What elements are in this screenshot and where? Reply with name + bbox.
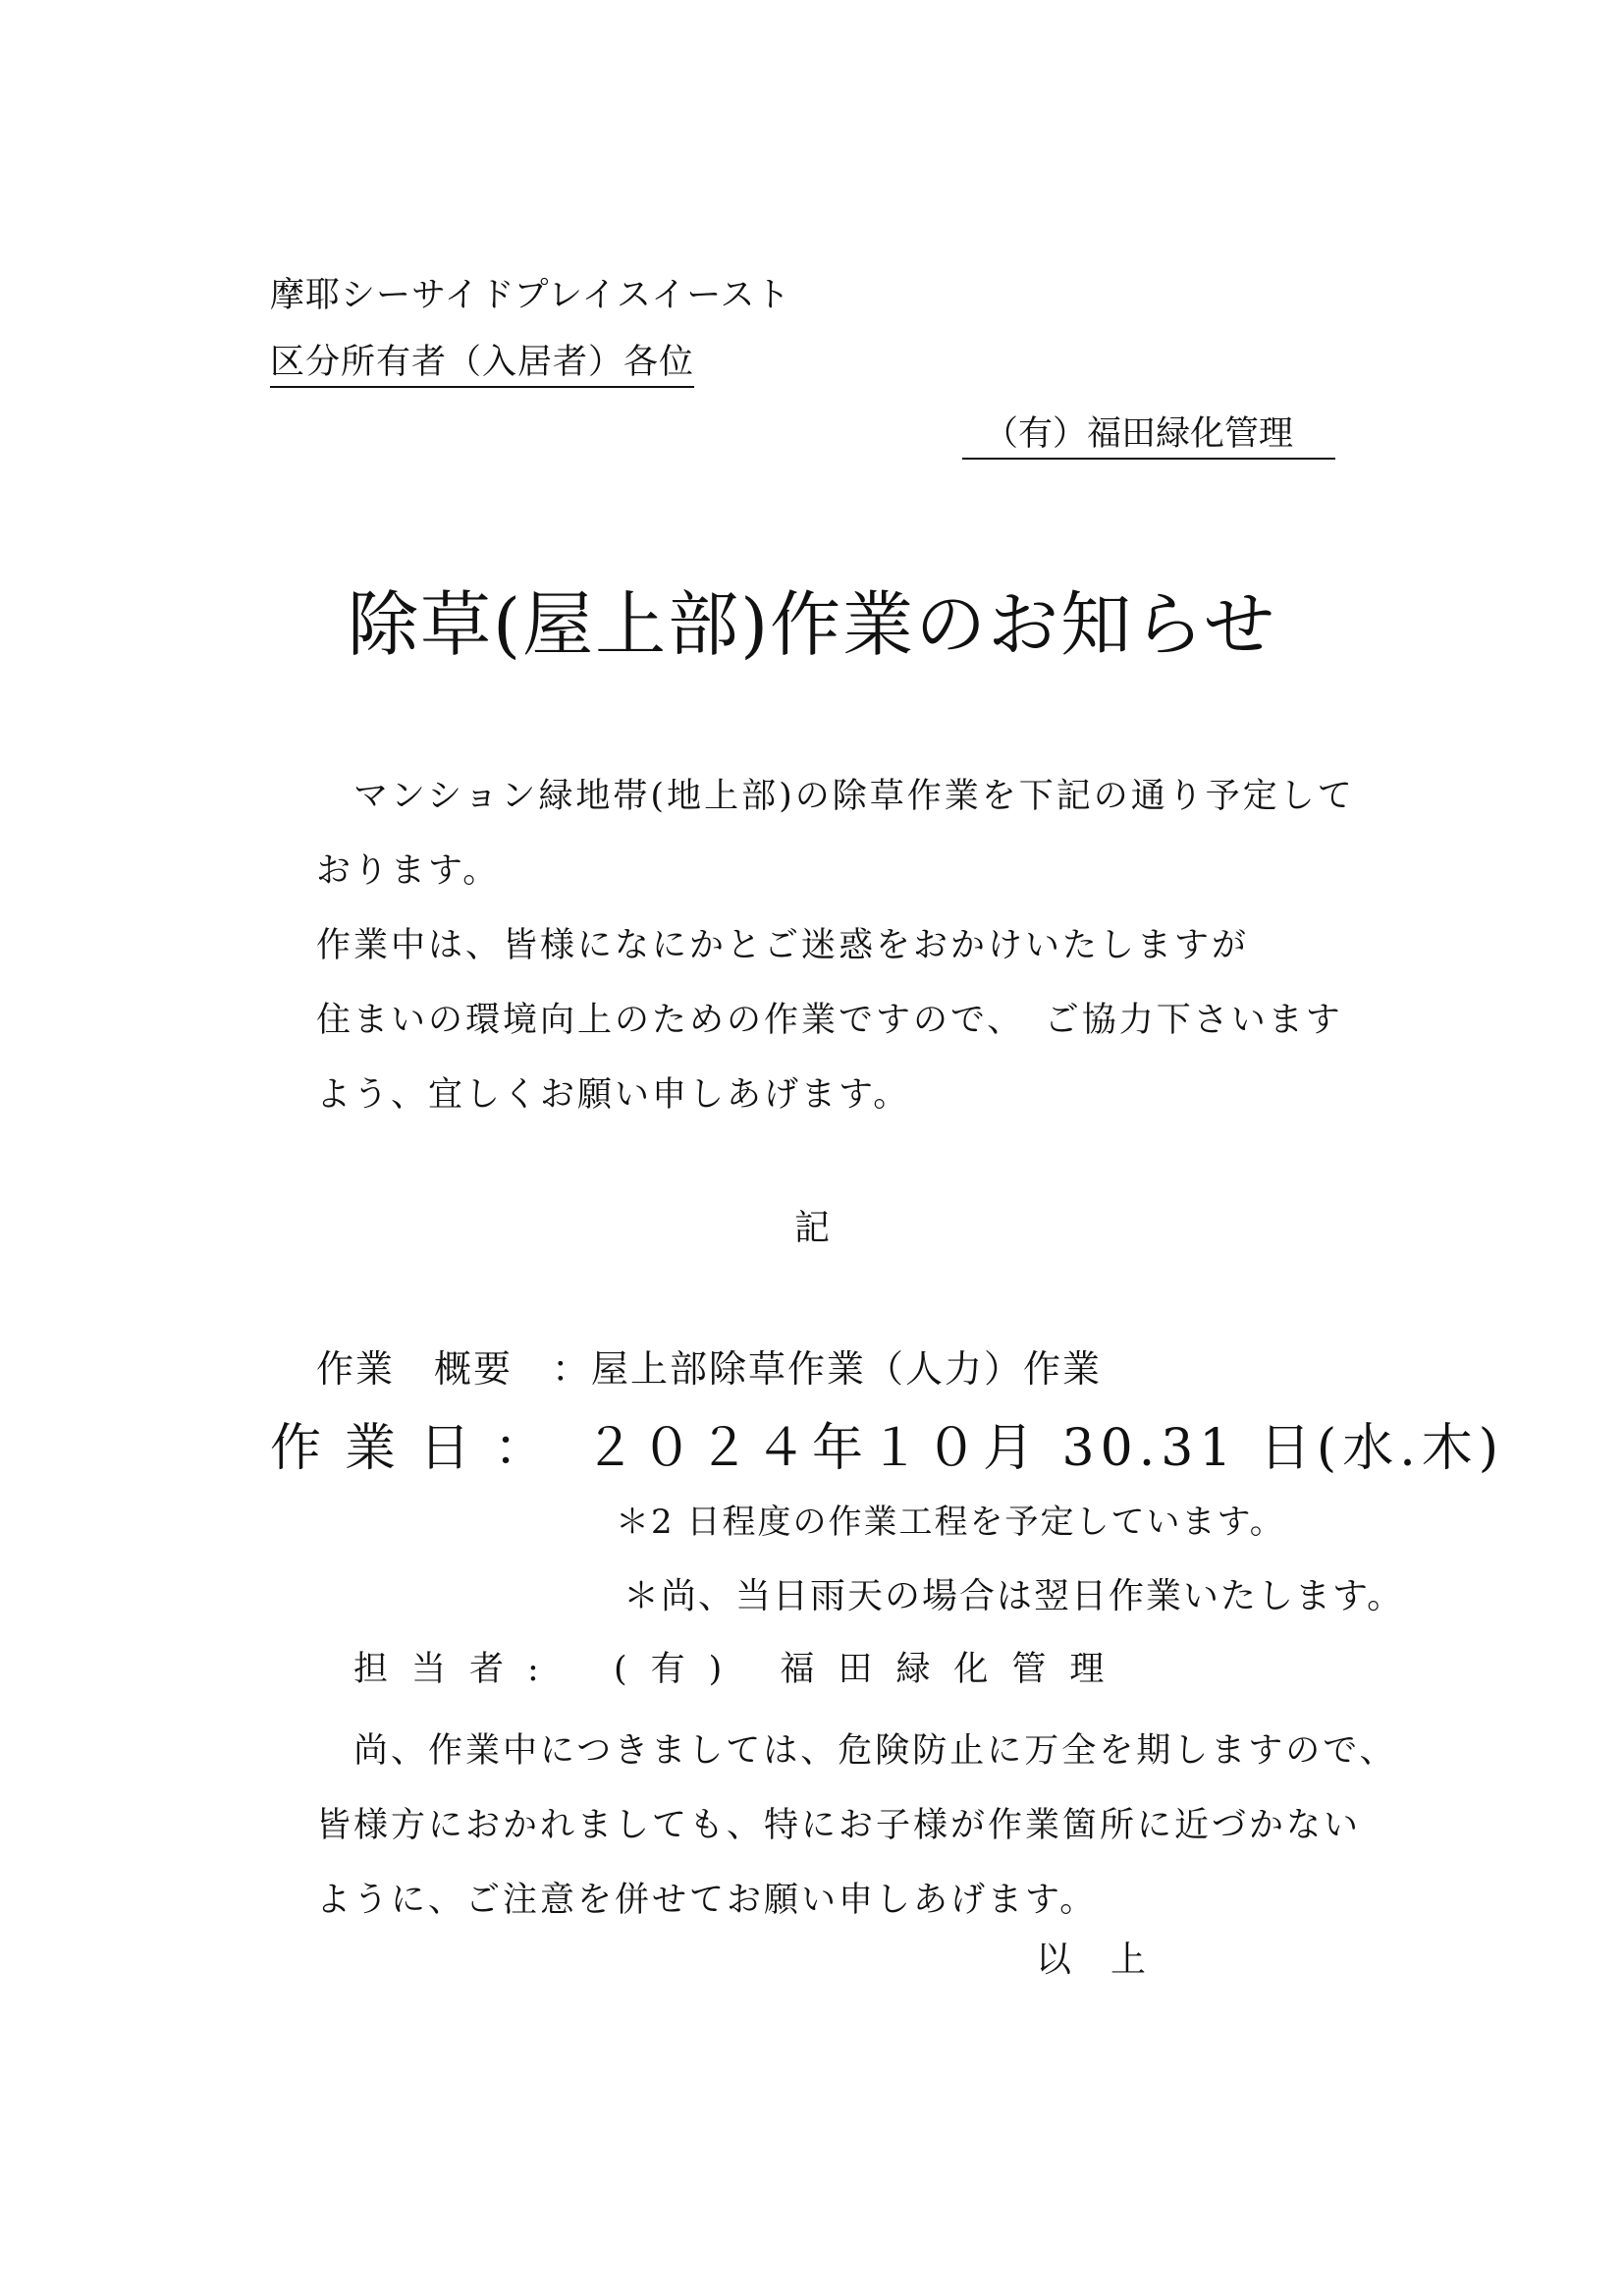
work-overview-value: 屋上部除草作業（人力）作業	[591, 1347, 1102, 1391]
intro-line: 住まいの環境向上のための作業ですので、 ご協力下さいます	[316, 983, 1396, 1058]
contact-person: 担当者:(有) 福田緑化管理	[353, 1642, 1127, 1691]
addressee-recipients: 区分所有者（入居者）各位	[270, 339, 694, 388]
closing-mark: 以上	[1036, 1932, 1185, 1982]
addressee-building: 摩耶シーサイドプレイスイースト	[270, 268, 791, 317]
intro-paragraph: マンション緑地帯(地上部)の除草作業を下記の通り予定して おります。 作業中は、…	[316, 759, 1396, 1132]
document-title: 除草(屋上部)作業のお知らせ	[0, 568, 1624, 670]
rain-note: ＊尚、当日雨天の場合は翌日作業いたします。	[623, 1568, 1404, 1618]
caution-line: 皆様方におかれましても、特にお子様が作業箇所に近づかない	[316, 1788, 1396, 1863]
caution-line: ように、ご注意を併せてお願い申しあげます。	[316, 1863, 1396, 1938]
intro-line: 作業中は、皆様になにかとご迷惑をおかけいたしますが	[316, 908, 1396, 983]
contact-value: (有) 福田緑化管理	[614, 1650, 1127, 1689]
intro-line: おります。	[316, 834, 1396, 908]
work-overview: 作業 概要 ：屋上部除草作業（人力）作業	[316, 1339, 1102, 1393]
intro-line: よう、宜しくお願い申しあげます。	[316, 1058, 1396, 1132]
intro-line: マンション緑地帯(地上部)の除草作業を下記の通り予定して	[316, 759, 1396, 834]
ki-heading: 記	[0, 1200, 1624, 1250]
work-date: 作業日：２０２４年１０月 30.31 日(水.木)	[270, 1406, 1504, 1480]
work-overview-label: 作業 概要 ：	[316, 1339, 591, 1393]
work-date-value: ２０２４年１０月 30.31 日(水.木)	[584, 1419, 1504, 1478]
schedule-note: ＊2 日程度の作業工程を予定しています。	[616, 1495, 1285, 1543]
work-date-label: 作業日：	[270, 1406, 584, 1480]
caution-paragraph: 尚、作業中につきましては、危険防止に万全を期しますので、 皆様方におかれましても…	[316, 1714, 1396, 1938]
sender-company: （有）福田緑化管理	[962, 410, 1335, 460]
caution-line: 尚、作業中につきましては、危険防止に万全を期しますので、	[316, 1714, 1396, 1788]
contact-label: 担当者:	[353, 1642, 614, 1691]
